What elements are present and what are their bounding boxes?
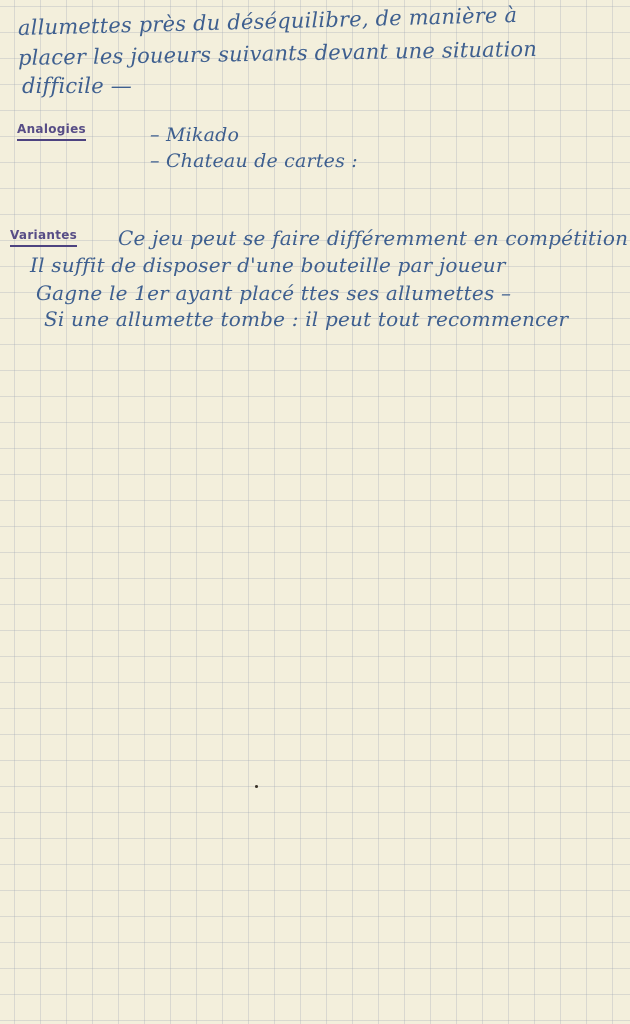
intro-line-1: allumettes près du déséquilibre, de mani… (18, 3, 518, 40)
ink-speck (255, 785, 258, 788)
variantes-line-3: Gagne le 1er ayant placé ttes ses allume… (36, 281, 511, 305)
variantes-line-1: Ce jeu peut se faire différemment en com… (118, 226, 630, 250)
variantes-line-4: Si une allumette tombe : il peut tout re… (44, 307, 568, 331)
analogies-item-mikado: – Mikado (150, 124, 239, 146)
analogies-stamp-label: Analogies (17, 122, 86, 141)
variantes-line-2: Il suffit de disposer d'une bouteille pa… (30, 253, 506, 277)
variantes-stamp-label: Variantes (10, 228, 77, 247)
handwritten-page: allumettes près du déséquilibre, de mani… (0, 0, 630, 1024)
intro-line-3: difficile — (22, 74, 132, 98)
analogies-item-chateau-de-cartes: – Chateau de cartes : (150, 150, 358, 172)
intro-line-2: placer les joueurs suivants devant une s… (18, 37, 537, 70)
